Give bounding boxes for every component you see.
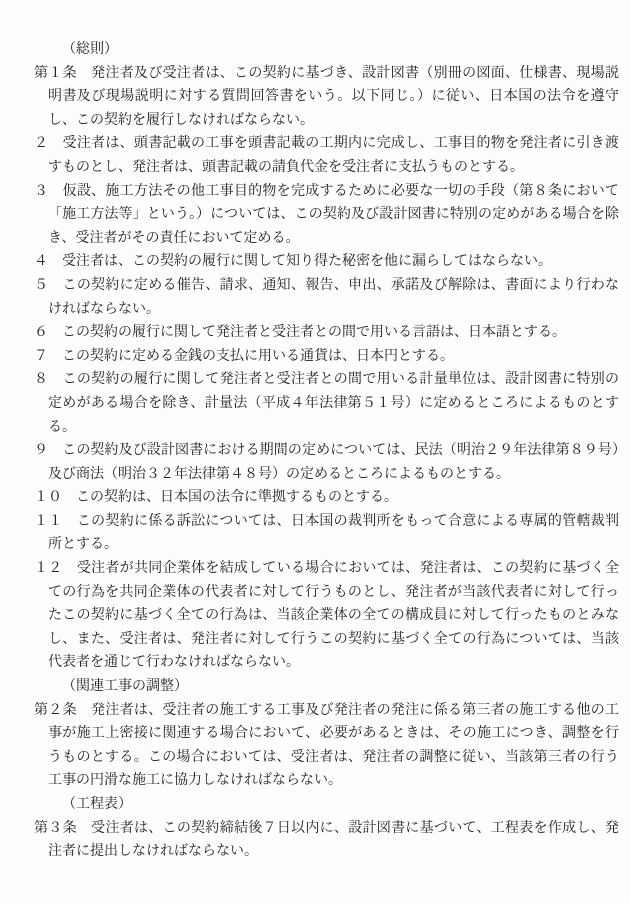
clause-body-text: 受注者は、頭書記載の工事を頭書記載の工期内に完成し、工事目的物を発注者に引き渡す… xyxy=(48,136,619,175)
paragraph-clause: １１ この契約に係る訴訟については、日本国の裁判所をもって合意による専属的管轄裁… xyxy=(48,510,619,557)
section-heading: （総則） xyxy=(48,38,619,62)
paragraph-number: ６ xyxy=(34,325,48,340)
clause-body-text: 発注者及び受注者は、この契約に基づき、設計図書（別冊の図面、仕様書、現場説明書及… xyxy=(48,66,619,128)
paragraph-clause: ７ この契約に定める金銭の支払に用いる通貨は、日本円とする。 xyxy=(48,345,619,369)
article-clause: 第２条 発注者は、受注者の施工する工事及び発注者の発注に係る第三者の施工する他の… xyxy=(48,699,619,793)
article-clause: 第１条 発注者及び受注者は、この契約に基づき、設計図書（別冊の図面、仕様書、現場… xyxy=(48,62,619,133)
paragraph-number: ３ xyxy=(34,184,48,199)
paragraph-clause: ２ 受注者は、頭書記載の工事を頭書記載の工期内に完成し、工事目的物を発注者に引き… xyxy=(48,132,619,179)
paragraph-clause: ９ この契約及び設計図書における期間の定めについては、民法（明治２９年法律第８９… xyxy=(48,439,619,486)
section-heading: （関連工事の調整） xyxy=(48,675,619,699)
paragraph-clause: １２ 受注者が共同企業体を結成している場合においては、発注者は、この契約に基づく… xyxy=(48,557,619,675)
paragraph-number: ９ xyxy=(34,443,48,458)
paragraph-number: ４ xyxy=(34,254,48,269)
clause-body-text: この契約に定める催告、請求、通知、報告、申出、承諾及び解除は、書面により行わなけ… xyxy=(48,278,619,317)
clause-body-text: この契約の履行に関して発注者と受注者との間で用いる言語は、日本語とする。 xyxy=(62,325,566,340)
section-heading-text: （工程表） xyxy=(62,797,132,812)
article-number: 第２条 xyxy=(34,703,77,718)
paragraph-number: ７ xyxy=(34,349,48,364)
clause-body-text: この契約及び設計図書における期間の定めについては、民法（明治２９年法律第８９号）… xyxy=(48,443,619,482)
paragraph-clause: ５ この契約に定める催告、請求、通知、報告、申出、承諾及び解除は、書面により行わ… xyxy=(48,274,619,321)
clause-body-text: 仮設、施工方法その他工事目的物を完成するために必要な一切の手段（第８条において「… xyxy=(48,184,619,246)
clause-body-text: 発注者は、受注者の施工する工事及び発注者の発注に係る第三者の施工する他の工事が施… xyxy=(48,703,619,789)
paragraph-clause: ８ この契約の履行に関して発注者と受注者との間で用いる計量単位は、設計図書に特別… xyxy=(48,368,619,439)
paragraph-clause: ３ 仮設、施工方法その他工事目的物を完成するために必要な一切の手段（第８条におい… xyxy=(48,180,619,251)
section-heading-text: （総則） xyxy=(62,42,118,57)
paragraph-number: １０ xyxy=(34,490,62,505)
paragraph-number: １２ xyxy=(34,561,63,576)
clause-body-text: この契約は、日本国の法令に準拠するものとする。 xyxy=(76,490,398,505)
article-number: 第１条 xyxy=(34,66,77,81)
clause-body-text: この契約に係る訴訟については、日本国の裁判所をもって合意による専属的管轄裁判所と… xyxy=(48,514,619,553)
clause-body-text: 受注者は、この契約締結後７日以内に、設計図書に基づいて、工程表を作成し、発注者に… xyxy=(48,821,619,860)
contract-text-block: （総則）第１条 発注者及び受注者は、この契約に基づき、設計図書（別冊の図面、仕様… xyxy=(48,38,619,864)
paragraph-clause: ６ この契約の履行に関して発注者と受注者との間で用いる言語は、日本語とする。 xyxy=(48,321,619,345)
clause-body-text: この契約に定める金銭の支払に用いる通貨は、日本円とする。 xyxy=(62,349,454,364)
section-heading-text: （関連工事の調整） xyxy=(62,679,188,694)
article-clause: 第３条 受注者は、この契約締結後７日以内に、設計図書に基づいて、工程表を作成し、… xyxy=(48,817,619,864)
clause-body-text: この契約の履行に関して発注者と受注者との間で用いる計量単位は、設計図書に特別の定… xyxy=(48,372,619,434)
clause-body-text: 受注者が共同企業体を結成している場合においては、発注者は、この契約に基づく全ての… xyxy=(48,561,619,670)
article-number: 第３条 xyxy=(34,821,77,836)
paragraph-number: ５ xyxy=(34,278,48,293)
paragraph-number: ８ xyxy=(34,372,48,387)
section-heading: （工程表） xyxy=(48,793,619,817)
paragraph-clause: １０ この契約は、日本国の法令に準拠するものとする。 xyxy=(48,486,619,510)
clause-body-text: 受注者は、この契約の履行に関して知り得た秘密を他に漏らしてはならない。 xyxy=(62,254,552,269)
contract-page: （総則）第１条 発注者及び受注者は、この契約に基づき、設計図書（別冊の図面、仕様… xyxy=(0,0,630,903)
paragraph-clause: ４ 受注者は、この契約の履行に関して知り得た秘密を他に漏らしてはならない。 xyxy=(48,250,619,274)
paragraph-number: １１ xyxy=(34,514,63,529)
paragraph-number: ２ xyxy=(34,136,48,151)
